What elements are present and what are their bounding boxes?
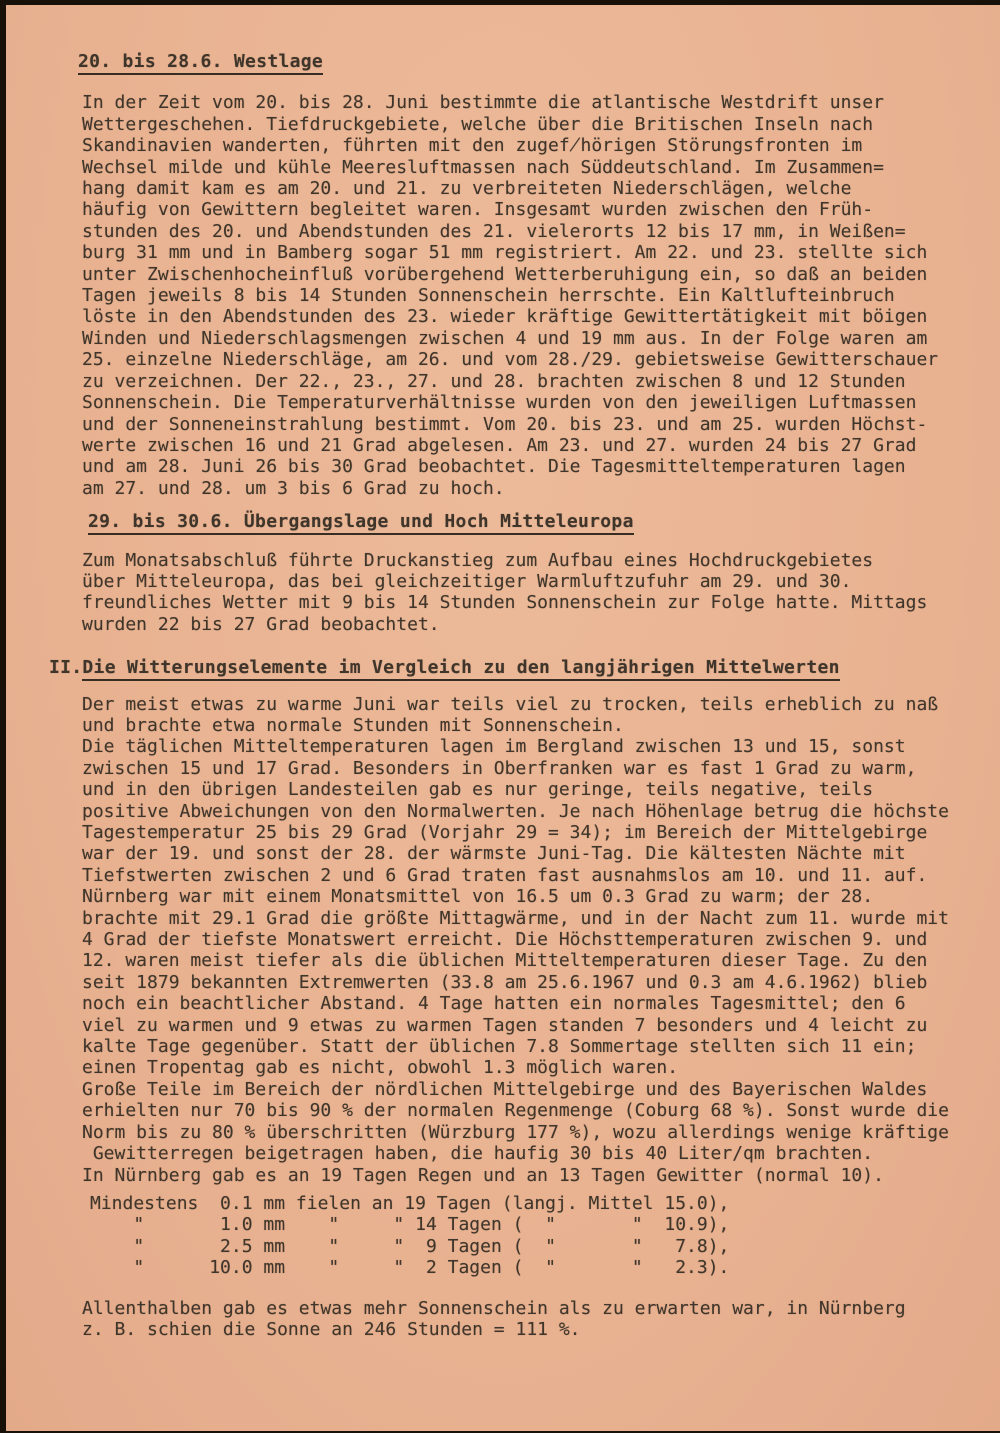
closing-paragraph: Allenthalben gab es etwas mehr Sonnensch… [82, 1298, 982, 1341]
precipitation-days-table: Mindestens 0.1 mm fielen an 19 Tagen (la… [90, 1193, 982, 1279]
section2-heading-text: 29. bis 30.6. Übergangslage und Hoch Mit… [88, 511, 634, 535]
section2-heading: 29. bis 30.6. Übergangslage und Hoch Mit… [88, 511, 982, 532]
section1-heading: 20. bis 28.6. Westlage [78, 51, 982, 72]
section3-heading-text: Die Witterungselemente im Vergleich zu d… [82, 657, 839, 681]
section1-heading-text: 20. bis 28.6. Westlage [78, 51, 323, 75]
section3-paragraph: Der meist etwas zu warme Juni war teils … [82, 694, 982, 1186]
section2-paragraph: Zum Monatsabschluß führte Druckanstieg z… [82, 550, 982, 636]
section1-paragraph: In der Zeit vom 20. bis 28. Juni bestimm… [82, 92, 982, 499]
scanned-page: 20. bis 28.6. Westlage In der Zeit vom 2… [6, 5, 1000, 1431]
page-content: 20. bis 28.6. Westlage In der Zeit vom 2… [82, 5, 982, 1340]
section3-heading: II.Die Witterungselemente im Vergleich z… [49, 657, 982, 678]
section3-heading-numeral: II. [49, 657, 82, 678]
